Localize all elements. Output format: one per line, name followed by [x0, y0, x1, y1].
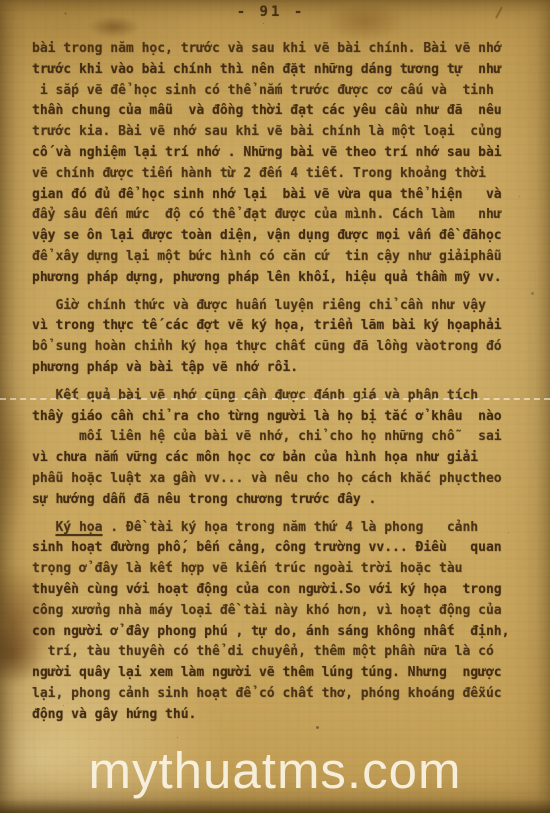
text-line: thầy giáo cần chỉ ra cho từng người là h… [32, 407, 524, 428]
document-text: bài trong năm học, trước và sau khi vẽ b… [32, 39, 524, 733]
text-line: vì trong thực tế các đợt vẽ ký họa, triể… [32, 316, 524, 337]
text-line: trí, tàu thuyền có thể di chuyển, thêm m… [32, 642, 524, 663]
text-line: phẫu hoặc luật xa gần vv... và nêu cho h… [32, 469, 524, 490]
text-line: để xây dựng lại một bức hình có căn cứ t… [32, 247, 524, 268]
text-line: vì chưa nắm vững các môn học cơ bản của … [32, 448, 524, 469]
text-line: vậy se ôn lại được toàn diện, vận dụng đ… [32, 226, 524, 247]
paragraph: Ký họa . Đề tài ký họa trong năm thứ 4 l… [32, 518, 524, 726]
text-line: trước kia. Bài vẽ nhớ sau khi vẽ bài chí… [32, 122, 524, 143]
scanned-document-page: - 91 - bài trong năm học, trước và sau k… [0, 0, 550, 813]
text-line: Giờ chính thức và được huấn luyện riêng … [32, 296, 524, 317]
stain [0, 380, 30, 540]
text-line: phương pháp và bài tập vẽ nhớ rồi. [32, 358, 524, 379]
text-line: Ký họa . Đề tài ký họa trong năm thứ 4 l… [32, 518, 524, 539]
text-line: cố và nghiệm lại trí nhớ . Những bài vẽ … [32, 143, 524, 164]
text-line: thuyền cùng với hoạt động của con người.… [32, 580, 524, 601]
watermark: mythuatms.com [0, 741, 550, 800]
text-line: đẩy sâu đến mức độ có thể đạt được của m… [32, 205, 524, 226]
text-line: mối liên hệ của bài vẽ nhớ, chỉ cho họ n… [32, 427, 524, 448]
text-line: con người ở đây phong phú , tự do, ánh s… [32, 622, 524, 643]
text-line: bổ sung hoàn chỉnh ký họa thực chất cũng… [32, 337, 524, 358]
text-line: bài trong năm học, trước và sau khi vẽ b… [32, 39, 524, 60]
text-line: gian đó đủ để học sinh nhớ lại bài vẽ vừ… [32, 185, 524, 206]
text-line: lại, phong cảnh sinh hoạt để có chất thơ… [32, 684, 524, 705]
underlined-heading: Ký họa [55, 520, 102, 535]
text-line: động và gây hứng thú. [32, 705, 524, 726]
page-number: - 91 - [0, 4, 542, 20]
paragraph: Kết quả bài vẽ nhớ cũng cần được đánh gi… [32, 386, 524, 511]
text-line: i sắp vẽ để học sinh có thể nắm trước đư… [32, 81, 524, 102]
text-line: sự hướng dẫn đã nêu trong chương trước đ… [32, 490, 524, 511]
text-line: sinh hoạt đường phố, bến cảng, công trườ… [32, 538, 524, 559]
text-line: thần chung của mẫu và đồng thời đạt các … [32, 101, 524, 122]
text-line: phương pháp dựng, phương pháp lên khối, … [32, 268, 524, 289]
page-bottom-shadow [0, 799, 550, 813]
text-line: trước khi vào bài chính thì nên đặt nhữn… [32, 60, 524, 81]
text-line: Kết quả bài vẽ nhớ cũng cần được đánh gi… [32, 386, 524, 407]
paragraph: Giờ chính thức và được huấn luyện riêng … [32, 296, 524, 379]
text-line: trọng ở đây là kết hợp vẽ kiến trúc ngoà… [32, 559, 524, 580]
text-line: người quây lại xem làm người vẽ thêm lún… [32, 663, 524, 684]
text-line: công xưởng nhà máy loại đề tài này khó h… [32, 601, 524, 622]
text-line: vẽ chính được tiến hành từ 2 đến 4 tiết.… [32, 164, 524, 185]
paragraph: bài trong năm học, trước và sau khi vẽ b… [32, 39, 524, 289]
paper-specks [0, 0, 3, 3]
